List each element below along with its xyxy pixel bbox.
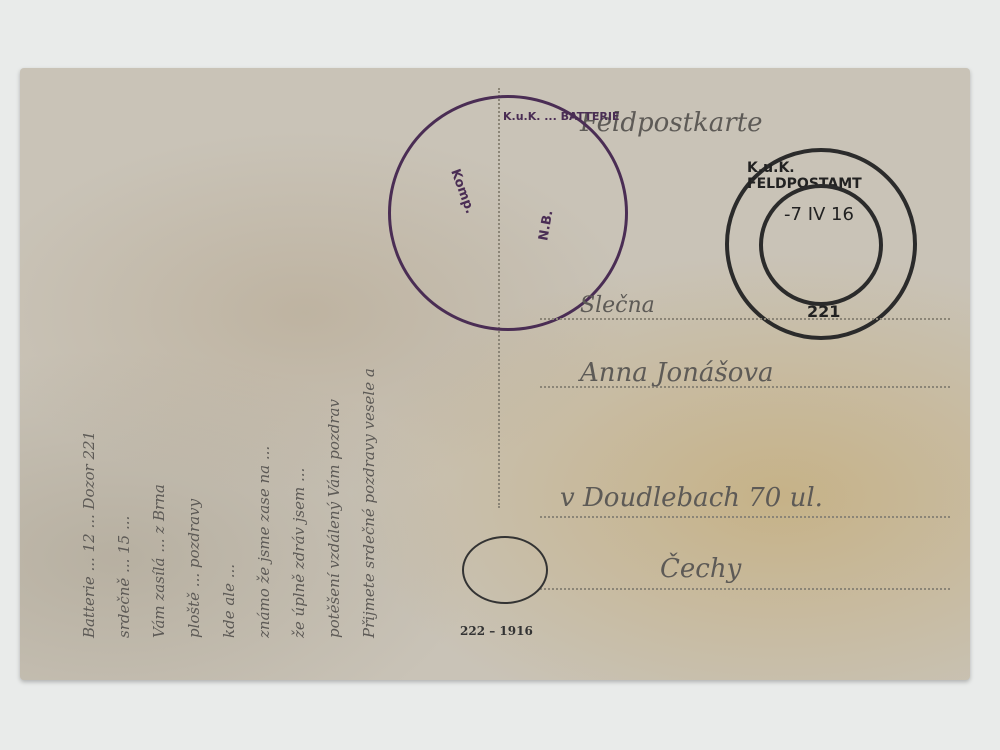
feldpostamt-postmark-icon: K.u.K. FELDPOSTAMT -7 IV 16 221 (725, 148, 917, 340)
imprint-number: 222 – 1916 (460, 624, 533, 638)
recipient-title: Slečna (580, 293, 655, 318)
recipient-place: v Doudlebach 70 ul. (560, 483, 823, 513)
recipient-region: Čechy (660, 554, 741, 584)
handwritten-message: Přijmete srdečné pozdravy vesele a potěš… (50, 138, 370, 658)
recipient-name: Anna Jonášova (580, 358, 774, 388)
address-line (540, 318, 950, 320)
address-line (540, 516, 950, 518)
address-line (540, 588, 950, 590)
publisher-logo-icon (462, 536, 548, 604)
postcard: Feldpostkarte Komp. N.B. K.u.K. ... BATT… (20, 68, 970, 680)
